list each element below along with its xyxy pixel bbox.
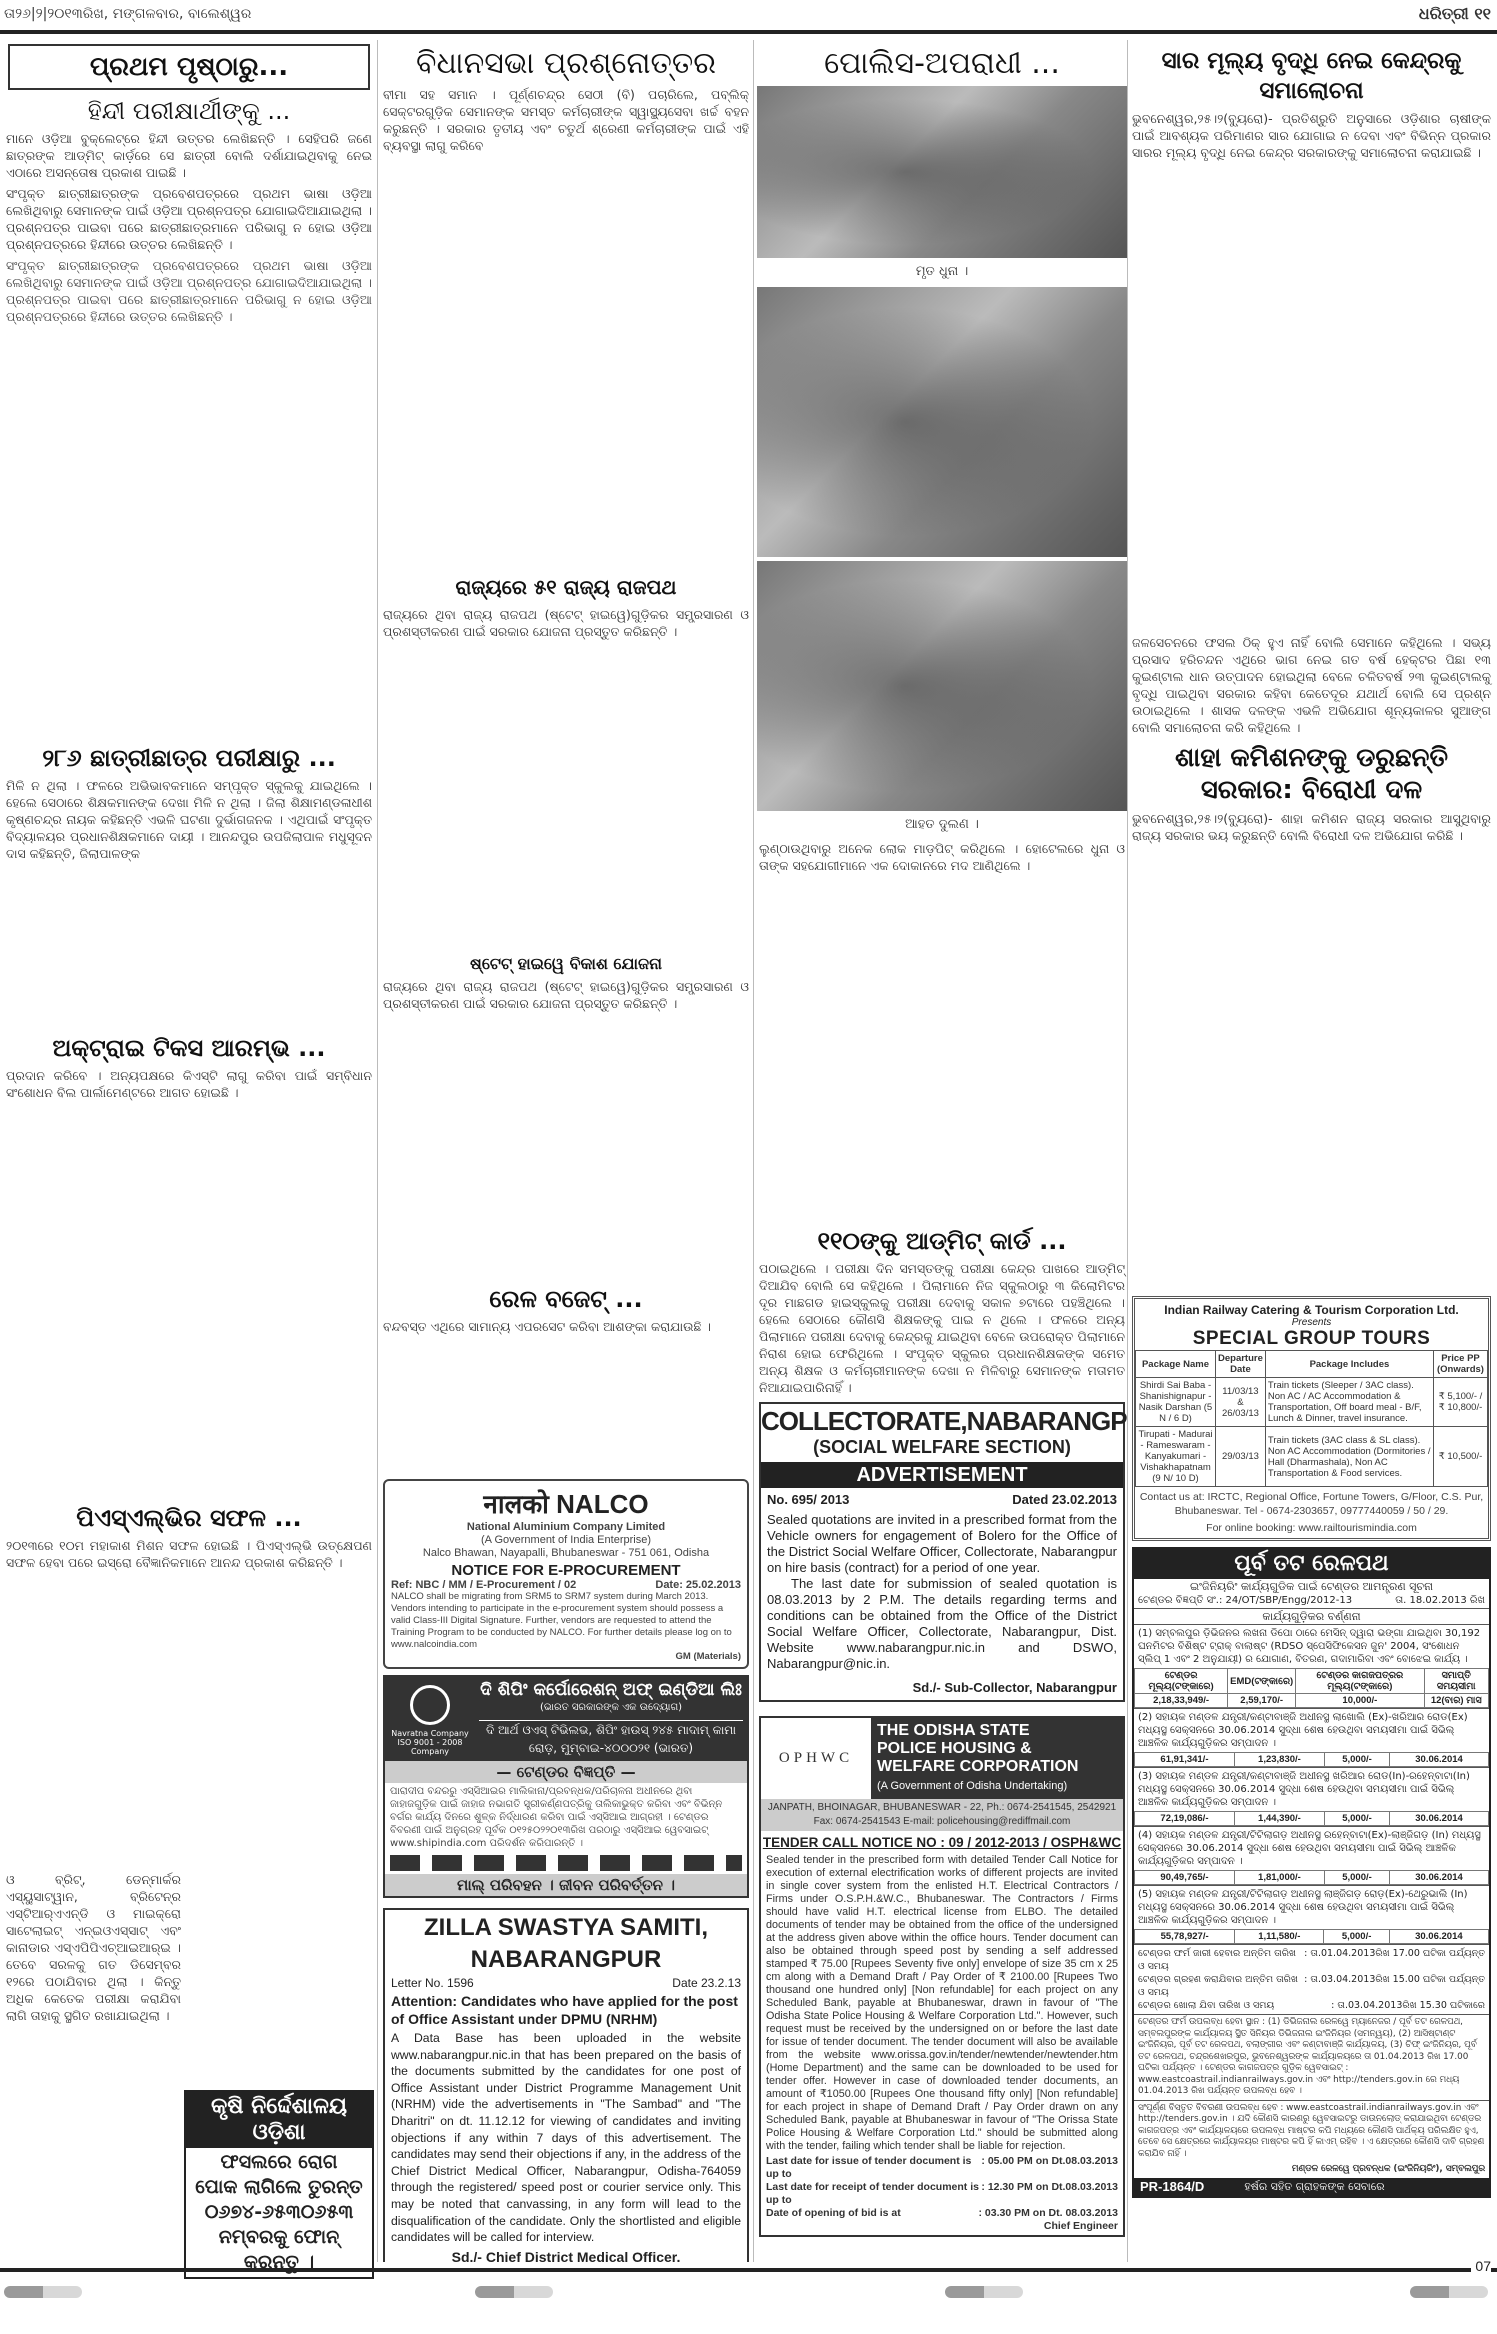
column-header: ସମାପ୍ତି ସମୟସୀମା xyxy=(1424,1669,1489,1694)
signatory: Sd./- Sub-Collector, Nabarangpur xyxy=(761,1676,1123,1700)
emd: 1,23,830/- xyxy=(1234,1753,1324,1767)
story-rail-budget: ରେଳ ବଜେଟ୍ ... ବନ୍ଦବସ୍ତ ଏଥିରେ ସାମାନ୍ୟ ଏପର… xyxy=(381,1284,751,1473)
sci-tender-ad: Navratna Company ISO 9001 - 2008 Company… xyxy=(383,1675,749,1898)
body-paragraph-tail: ଓ ବ୍ରିଟ୍, ଡେନ୍‌ମାର୍କର ଏସ୍‌ୟୁସାଟ୍‌ୱାନ, ବ୍… xyxy=(6,1871,181,2024)
date-value: : 03.30 PM on Dt. 08.03.2013 xyxy=(979,2207,1118,2220)
krushi-directorate-ad: କୃଷି ନିର୍ଦ୍ଦେଶାଳୟ ଓଡ଼ିଶା ଫସଲରେ ରୋଗ ପୋକ ଲ… xyxy=(184,2090,374,2279)
price: ₹ 10,500/- xyxy=(1434,1427,1488,1487)
table-row: Tirupati - Madurai - Rameswaram - Kanyak… xyxy=(1136,1427,1488,1487)
story-octroi-tax: ଅକ୍‌ଟ୍ରାଇ ଟିକସ ଆରମ୍ଭ ... ପ୍ରଦାନ କରିବେ । … xyxy=(4,1033,374,1497)
work-description: (4) ସହାୟକ ମଣ୍ଡଳ ଯନ୍ତ୍ରୀ/ଟିଟିଲାଗଡ଼ ଅଧୀନସ୍… xyxy=(1134,1826,1489,1870)
ad-section: (SOCIAL WELFARE SECTION) xyxy=(761,1436,1123,1458)
work-cost-table: ଟେଣ୍ଡର ମୂଲ୍ୟ(ଟଙ୍କାରେ) EMD(ଟଙ୍କାରେ) ଟେଣ୍ଡ… xyxy=(1134,1668,1489,1708)
tender-dates: ଟେଣ୍ଡର ଫର୍ମ ଜାରୀ ହେବାର ଅନ୍ତିମ ତାରିଖ ଓ ସମ… xyxy=(1134,1944,1489,2014)
contact-info: Contact us at: IRCTC, Regional Office, F… xyxy=(1135,1487,1488,1521)
advertisement-banner: ADVERTISEMENT xyxy=(761,1462,1123,1488)
body-paragraph: ବୀମା ସହ ସମାନ । ପୂର୍ଣ୍ଣଚନ୍ଦ୍ର ସେଠୀ (ବି) ପ… xyxy=(383,86,749,566)
headline: ଅକ୍‌ଟ୍ରାଇ ଟିକସ ଆରମ୍ଭ ... xyxy=(4,1033,374,1063)
column-header: Package Name xyxy=(1136,1351,1216,1378)
column-1: ପ୍ରଥମ ପୃଷ୍ଠାରୁ... ହିନ୍ଦୀ ପରୀକ୍ଷାର୍ଥୀଙ୍କୁ… xyxy=(4,40,374,2262)
ad-body: A Data Base has been uploaded in the web… xyxy=(385,2028,747,2248)
headline: ରେଳ ବଜେଟ୍ ... xyxy=(381,1284,751,1314)
issue-date: ତା୨୬|୨|୨୦୧୩ରିଖ, ମଙ୍ଗଳବାର, ବାଲେଶ୍ୱର xyxy=(4,6,251,22)
date-label: ଟେଣ୍ଡର ଖୋଲା ଯିବା ତାରିଖ ଓ ସମୟ xyxy=(1138,1999,1331,2012)
company-type: (ଭାରତ ସରକାରଙ୍କ ଏକ ଉଦ୍ୟୋଗ) xyxy=(479,1699,743,1717)
table-row: 61,91,341/- 1,23,830/- 5,000/- 30.06.201… xyxy=(1135,1753,1489,1767)
column-divider xyxy=(377,40,378,2262)
price: ₹ 5,100/- / ₹ 10,800/- xyxy=(1434,1378,1488,1427)
works-heading: କାର୍ଯ୍ୟଗୁଡ଼ିକର ବର୍ଣ୍ଣନା xyxy=(1134,1609,1489,1624)
org-name: WELFARE CORPORATION xyxy=(877,1758,1078,1776)
org-type: (A Government of Odisha Undertaking) xyxy=(877,1780,1067,1792)
completion-period: 30.06.2014 xyxy=(1389,1930,1488,1944)
ad-line: ପୋକ ଲାଗିଲେ ତୁରନ୍ତ xyxy=(188,2175,370,2200)
nalco-logo: नालको NALCO xyxy=(391,1485,741,1521)
color-registration-mark xyxy=(945,2286,1023,2298)
date-value: : ତା.01.04.2013ରିଖ 17.00 ଘଟିକା ପର୍ଯ୍ୟନ୍ତ xyxy=(1304,1947,1485,1973)
tender-dates: Last date for issue of tender document i… xyxy=(761,2153,1123,2235)
date-label: ଟେଣ୍ଡର ଗ୍ରହଣ କରାଯିବାର ଅନ୍ତିମ ତାରିଖ ଓ ସମୟ xyxy=(1138,1973,1304,1999)
photo-caption: ମୃତ ଧୁନା । xyxy=(757,264,1127,279)
table-row: 90,49,765/- 1,81,000/- 5,000/- 30.06.201… xyxy=(1135,1871,1489,1885)
ad-title: SPECIAL GROUP TOURS xyxy=(1135,1328,1488,1350)
column-divider xyxy=(753,40,754,2262)
headline: ହିନ୍ଦୀ ପରୀକ୍ଷାର୍ଥୀଙ୍କୁ ... xyxy=(4,96,374,126)
emblem-icon xyxy=(410,1685,450,1725)
work-cost-table: 55,78,927/- 1,11,580/- 5,000/- 30.06.201… xyxy=(1134,1929,1489,1944)
date-value: : 05.00 PM on Dt.08.03.2013 xyxy=(981,2155,1118,2181)
table-row: 55,78,927/- 1,11,580/- 5,000/- 30.06.201… xyxy=(1135,1930,1489,1944)
slogan: ହର୍ଷର ସହିତ ଗ୍ରାହକଙ୍କ ସେବାରେ xyxy=(1244,2178,1384,2196)
date-value: : 12.30 PM on Dt.08.03.2013 xyxy=(981,2181,1118,2207)
story-hindi-examinees: ହିନ୍ଦୀ ପରୀକ୍ଷାର୍ଥୀଙ୍କୁ ... ମାନେ ଓଡ଼ିଆ ବୁ… xyxy=(4,96,374,737)
date-value: : ତା.03.04.2013ରିଖ 15.00 ଘଟିକା ପର୍ଯ୍ୟନ୍ତ xyxy=(1304,1973,1485,1999)
photo-deceased xyxy=(757,86,1127,258)
body-paragraph: ରାଜ୍ୟରେ ଥିବା ରାଜ୍ୟ ରାଜପଥ (ଷ୍ଟେଟ୍ ହାଇୱେ)ଗ… xyxy=(383,978,749,1278)
story-shah-commission: ଶାହା କମିଶନଙ୍କୁ ଡରୁଛନ୍ତି ସରକାର: ବିରୋଧୀ ଦଳ… xyxy=(1130,742,1493,1290)
headline: ୧୧୦ଙ୍କୁ ଆଡ୍‌ମିଟ୍ କାର୍ଡ ... xyxy=(757,1226,1127,1256)
color-registration-mark xyxy=(475,2286,553,2298)
notice-number: ଟେଣ୍ଡର ବିଜ୍ଞପ୍ତି ସଂ.: 24/OT/SBP/Engg/201… xyxy=(1138,1594,1352,1608)
org-contact: Fax: 0674-2541543 E-mail: policehousing@… xyxy=(763,1815,1121,1829)
tender-body: Sealed tender in the prescribed form wit… xyxy=(761,1854,1123,2153)
body-paragraph: ୨୦୧୩ରେ ୧୦ମ ମହାକାଶ ମିଶନ ସଫଳ ହୋଇଛି । ପିଏସ୍… xyxy=(6,1537,372,1867)
document-cost: 5,000/- xyxy=(1324,1753,1389,1767)
document-cost: 5,000/- xyxy=(1324,1871,1389,1885)
work-description: (3) ସହାୟକ ମଣ୍ଡଳ ଯନ୍ତ୍ରୀ/କଣ୍ଟାବାଞ୍ଜି ଅଧୀନ… xyxy=(1134,1767,1489,1811)
emd: 1,81,000/- xyxy=(1234,1871,1324,1885)
signatory: ମଣ୍ଡଳ ରେଳୱେ ପ୍ରବନ୍ଧକ (ଇଂଜିନିୟରିଂ), ସମ୍ବଲ… xyxy=(1134,2162,1489,2178)
body-paragraph: ବନ୍ଦବସ୍ତ ଏଥିରେ ସାମାନ୍ୟ ଏପରସେଟ କରିବା ଆଶଙ୍… xyxy=(383,1318,749,1473)
story-fertilizer-price: ସାର ମୂଲ୍ୟ ବୃଦ୍ଧି ନେଇ କେନ୍ଦ୍ରକୁ ସମାଲୋଚନା … xyxy=(1130,46,1493,736)
completion-period: 12(ବାର) ମାସ xyxy=(1424,1694,1489,1708)
package-name: Shirdi Sai Baba - Shanishignapur - Nasik… xyxy=(1136,1378,1216,1427)
collectorate-nabarangpur-ad: COLLECTORATE,NABARANGPUR (SOCIAL WELFARE… xyxy=(759,1402,1125,1702)
work-description: (5) ସହାୟକ ମଣ୍ଡଳ ଯନ୍ତ୍ରୀ/ଟିଟିଲାଗଡ଼ ଅଧୀନସ୍… xyxy=(1134,1885,1489,1929)
headline: ପିଏସ୍‌ଏଲ୍‌ଭିର ସଫଳ ... xyxy=(4,1503,374,1533)
ad-subtitle: ଇଂଜିନିୟରିଂ କାର୍ଯ୍ୟଗୁଡିକ ପାଇଁ ଟେଣ୍ଡର ଆମନ୍… xyxy=(1134,1579,1489,1594)
departure-date: 11/03/13 & 26/03/13 xyxy=(1216,1378,1266,1427)
work-description: (1) ସମ୍ବଲପୁର ଡ଼ିଭିଜନର ଲଖନା ଡିପୋ ଠାରେ ମେସ… xyxy=(1134,1624,1489,1668)
details-note: ସଂପୂର୍ଣ୍ଣ ବିସ୍ତୃତ ବିବରଣୀ ଉପଲବ୍ଧ ହେବ : ww… xyxy=(1134,2100,1489,2163)
tender-value: 90,49,765/- xyxy=(1135,1871,1235,1885)
sci-logo: Navratna Company ISO 9001 - 2008 Company xyxy=(385,1677,475,1761)
letter-date: Date 23.2.13 xyxy=(672,1976,741,1990)
table-row: Shirdi Sai Baba - Shanishignapur - Nasik… xyxy=(1136,1378,1488,1427)
org-name: POLICE HOUSING & xyxy=(877,1740,1078,1758)
story-assembly-qa: ବିଧାନସଭା ପ୍ରଶ୍ନୋତ୍ତର ବୀମା ସହ ସମାନ । ପୂର୍… xyxy=(381,46,751,566)
package-includes: Train tickets (3AC class & SL class). No… xyxy=(1265,1427,1433,1487)
from-front-page-heading: ପ୍ରଥମ ପୃଷ୍ଠାରୁ... xyxy=(8,44,370,90)
body-paragraph: ସଂପୃକ୍ତ ଛାତ୍ରୀଛାତ୍ରଙ୍କ ପ୍ରବେଶପତ୍ରରେ ପ୍ରଥ… xyxy=(6,185,372,253)
package-name: Tirupati - Madurai - Rameswaram - Kanyak… xyxy=(1136,1427,1216,1487)
notice-date: Date: 25.02.2013 xyxy=(655,1579,741,1591)
ad-title: ପୂର୍ବ ତଟ ରେଳପଥ xyxy=(1134,1549,1489,1579)
color-registration-mark xyxy=(1410,2286,1488,2298)
completion-period: 30.06.2014 xyxy=(1390,1753,1489,1767)
body-paragraph: ଲୁଣ୍ଠାଉଥିବାରୁ ଅନେକ ଲୋକ ମାଡ଼ପିଟ୍ କରିଥିଲେ … xyxy=(759,840,1125,1220)
table-row: 72,19,086/- 1,44,390/- 5,000/- 30.06.201… xyxy=(1135,1812,1489,1826)
work-cost-table: 90,49,765/- 1,81,000/- 5,000/- 30.06.201… xyxy=(1134,1870,1489,1885)
company-name: ଦି ଶିପିଂ କର୍ପୋରେଶନ୍ ଅଫ୍ ଇଣ୍ଡିଆ ଲିଃ xyxy=(479,1681,743,1699)
masthead-rule xyxy=(0,30,1497,34)
attention-heading: Attention: Candidates who have applied f… xyxy=(385,1992,747,2028)
company-address: Nalco Bhawan, Nayapalli, Bhubaneswar - 7… xyxy=(391,1547,741,1560)
column-4: ସାର ମୂଲ୍ୟ ବୃଦ୍ଧି ନେଇ କେନ୍ଦ୍ରକୁ ସମାଲୋଚନା … xyxy=(1130,40,1493,2262)
date-label: Date of opening of bid is at xyxy=(766,2207,979,2220)
headline: ୨୮୬ ଛାତ୍ରୀଛାତ୍ର ପରୀକ୍ଷାରୁ ... xyxy=(4,743,374,773)
nalco-ad: नालको NALCO National Aluminium Company L… xyxy=(383,1479,749,1669)
document-cost: 5,000/- xyxy=(1324,1930,1389,1944)
tender-number: TENDER CALL NOTICE NO : 09 / 2012-2013 /… xyxy=(761,1835,1123,1850)
date-label: ଟେଣ୍ଡର ଫର୍ମ ଜାରୀ ହେବାର ଅନ୍ତିମ ତାରିଖ ଓ ସମ… xyxy=(1138,1947,1304,1973)
column-header: Price PP (Onwards) xyxy=(1434,1351,1488,1378)
photo-caption: ଆହତ ଦୁଲଣ । xyxy=(757,817,1127,832)
subheading: ଷ୍ଟେଟ୍ ହାଇୱେ ବିକାଶ ଯୋଜନା xyxy=(381,954,751,974)
column-header: Departure Date xyxy=(1216,1351,1266,1378)
body-paragraph: ଭୁବନେଶ୍ୱର,୨୫।୨(ବ୍ୟୁରୋ)- ଶାହା କମିଶନ ରାଜ୍ୟ… xyxy=(1132,810,1491,1290)
footer-rule xyxy=(0,2268,1497,2272)
tender-value: 72,19,086/- xyxy=(1135,1812,1235,1826)
notice-number: No. 695/ 2013 xyxy=(767,1492,849,1508)
availability-note: ଟେଣ୍ଡର ଫର୍ମ ଉପଲବ୍ଧ ହେବା ସ୍ଥାନ : (1) ଡିଭି… xyxy=(1134,2014,1489,2100)
ad-body: Sealed quotations are invited in a presc… xyxy=(761,1508,1123,1576)
zilla-swastya-samiti-ad: ZILLA SWASTYA SAMITI, NABARANGPUR Letter… xyxy=(383,1908,749,2262)
page-number: 07 xyxy=(1471,2258,1491,2274)
notice-date: ତା. 18.02.2013 ରିଖ xyxy=(1395,1594,1485,1608)
completion-period: 30.06.2014 xyxy=(1390,1871,1489,1885)
headline: ଶାହା କମିଶନଙ୍କୁ ଡରୁଛନ୍ତି ସରକାର: ବିରୋଧୀ ଦଳ xyxy=(1130,742,1493,806)
date-value: : ତା.03.04.2013ରିଖ 15.30 ଘଟିକାରେ xyxy=(1331,1999,1485,2012)
org-address: JANPATH, BHOINAGAR, BHUBANESWAR - 22, Ph… xyxy=(763,1801,1121,1815)
body-text: ସଂପୃକ୍ତ ଛାତ୍ରୀଛାତ୍ରଙ୍କ ପ୍ରବେଶପତ୍ରରେ ପ୍ରଥ… xyxy=(6,257,372,737)
date-label: Last date for receipt of tender document… xyxy=(766,2181,981,2207)
color-registration-mark xyxy=(4,2286,82,2298)
headline: ବିଧାନସଭା ପ୍ରଶ୍ନୋତ୍ତର xyxy=(381,46,751,82)
headline: ରାଜ୍ୟରେ ୫୧ ରାଜ୍ୟ ରାଜପଥ xyxy=(381,572,751,602)
ships-illustration xyxy=(390,1855,742,1871)
column-header: EMD(ଟଙ୍କାରେ) xyxy=(1228,1669,1296,1694)
east-coast-railway-tender-ad: ପୂର୍ବ ତଟ ରେଳପଥ ଇଂଜିନିୟରିଂ କାର୍ଯ୍ୟଗୁଡିକ ପ… xyxy=(1132,1547,1491,2198)
body-paragraph: ରାଜ୍ୟରେ ଥିବା ରାଜ୍ୟ ରାଜପଥ (ଷ୍ଟେଟ୍ ହାଇୱେ)ଗ… xyxy=(383,606,749,946)
column-2: ବିଧାନସଭା ପ୍ରଶ୍ନୋତ୍ତର ବୀମା ସହ ସମାନ । ପୂର୍… xyxy=(381,40,751,2262)
document-cost: 5,000/- xyxy=(1324,1812,1389,1826)
tour-packages-table: Package Name Departure Date Package Incl… xyxy=(1135,1350,1488,1487)
masthead: ତା୨୬|୨|୨୦୧୩ରିଖ, ମଙ୍ଗଳବାର, ବାଲେଶ୍ୱର ଧରିତ୍… xyxy=(0,0,1497,36)
photo-injured xyxy=(757,561,1127,811)
irctc-tours-ad: Indian Railway Catering & Tourism Corpor… xyxy=(1132,1296,1491,1541)
body-paragraph: ପଠାଇଥିଲେ । ପରୀକ୍ଷା ଦିନ ସମସ୍ତଙ୍କୁ ପରୀକ୍ଷା… xyxy=(759,1260,1125,1396)
emd: 1,11,580/- xyxy=(1235,1930,1324,1944)
body-paragraph: ମିଳି ନ ଥିଲା । ଫଳରେ ଅଭିଭାବକମାନେ ସମ୍ପୃକ୍ତ … xyxy=(6,777,372,1027)
package-includes: Train tickets (Sleeper / 3AC class). Non… xyxy=(1265,1378,1433,1427)
column-header: ଟେଣ୍ଡର କାଗଜପତ୍ରର ମୂଲ୍ୟ(ଟଙ୍କାରେ) xyxy=(1296,1669,1424,1694)
work-cost-table: 61,91,341/- 1,23,830/- 5,000/- 30.06.201… xyxy=(1134,1752,1489,1767)
story-state-highways: ରାଜ୍ୟରେ ୫୧ ରାଜ୍ୟ ରାଜପଥ ରାଜ୍ୟରେ ଥିବା ରାଜ୍… xyxy=(381,572,751,1278)
booking-website: For online booking: www.railtourismindia… xyxy=(1135,1521,1488,1538)
headline: ସାର ମୂଲ୍ୟ ବୃଦ୍ଧି ନେଇ କେନ୍ଦ୍ରକୁ ସମାଲୋଚନା xyxy=(1130,46,1493,106)
ad-line: ଫସଲରେ ରୋଗ xyxy=(188,2150,370,2175)
ad-title: NABARANGPUR xyxy=(385,1942,747,1974)
company-type: (A Government of India Enterprise) xyxy=(391,1534,741,1547)
ad-title: କୃଷି ନିର୍ଦ୍ଦେଶାଳୟ ଓଡ଼ିଶା xyxy=(186,2092,372,2148)
signatory: Sd./- Chief District Medical Officer, xyxy=(385,2248,747,2262)
lead-paragraph: ମାନେ ଓଡ଼ିଆ ବୁକ୍‌ଲେଟ୍‌ରେ ହିନ୍ଦୀ ଉତ୍ତର ଲେଖ… xyxy=(6,130,372,181)
signatory: GM (Materials) xyxy=(391,1651,741,1663)
ad-title: ZILLA SWASTYA SAMITI, xyxy=(385,1910,747,1942)
story-pslv-success: ପିଏସ୍‌ଏଲ୍‌ଭିର ସଫଳ ... ୨୦୧୩ରେ ୧୦ମ ମହାକାଶ … xyxy=(4,1503,374,2024)
emd: 2,59,170/- xyxy=(1228,1694,1296,1708)
headline: ପୋଲିସ-ଅପରାଧୀ ... xyxy=(757,46,1127,82)
tender-value: 2,18,33,949/- xyxy=(1135,1694,1228,1708)
org-name: THE ODISHA STATE xyxy=(877,1722,1078,1740)
document-cost: 10,000/- xyxy=(1296,1694,1424,1708)
column-3: ପୋଲିସ-ଅପରାଧୀ ... ମୃତ ଧୁନା । ଆହତ ଦୁଲଣ । ଲ… xyxy=(757,40,1127,2262)
tagline: ମାଲ୍ ପରିବହନ । ଜୀବନ ପରିବର୍ତ୍ତନ । xyxy=(385,1874,747,1896)
departure-date: 29/03/13 xyxy=(1216,1427,1266,1487)
story-admit-card: ୧୧୦ଙ୍କୁ ଆଡ୍‌ମିଟ୍ କାର୍ଡ ... ପଠାଇଥିଲେ । ପର… xyxy=(757,1226,1127,1396)
newspaper-page-label: ଧରିତ୍ରୀ ୧୧ xyxy=(1419,4,1491,24)
body-paragraph: ପ୍ରଦାନ କରିବେ । ଅନ୍ୟପକ୍ଷରେ କିଏସ୍‌ଟି ଲାଗୁ … xyxy=(6,1067,372,1497)
tender-value: 61,91,341/- xyxy=(1135,1753,1235,1767)
reference-number: Ref: NBC / MM / E-Procurement / 02 xyxy=(391,1579,576,1591)
date-label: Last date for issue of tender document i… xyxy=(766,2155,981,2181)
company-name: National Aluminium Company Limited xyxy=(391,1521,741,1534)
column-divider xyxy=(1127,40,1128,2262)
emd: 1,44,390/- xyxy=(1234,1812,1324,1826)
tender-value: 55,78,927/- xyxy=(1135,1930,1235,1944)
completion-period: 30.06.2014 xyxy=(1390,1812,1489,1826)
story-286-students: ୨୮୬ ଛାତ୍ରୀଛାତ୍ର ପରୀକ୍ଷାରୁ ... ମିଳି ନ ଥିଲ… xyxy=(4,743,374,1027)
photo-police-group xyxy=(757,287,1127,557)
company-address: ଦି ଆର୍ଥ ଓଏସ୍ ଟିଭିଲଭ, ଶିପିଂ ହାଉସ୍ ୨୪୫ ମାଦ… xyxy=(479,1720,743,1757)
notice-body: NALCO shall be migrating from SRM5 to SR… xyxy=(391,1591,741,1651)
presents-label: Presents xyxy=(1135,1317,1488,1328)
work-cost-table: 72,19,086/- 1,44,390/- 5,000/- 30.06.201… xyxy=(1134,1811,1489,1826)
ad-title: COLLECTORATE,NABARANGPUR xyxy=(761,1404,1123,1436)
notice-date: Dated 23.02.2013 xyxy=(1012,1492,1117,1508)
tender-heading: — ଟେଣ୍ଡର ବିଜ୍ଞପ୍ତି — xyxy=(385,1761,747,1783)
helpline-number: ୦୬୭୪-୬୫୩୦୬୫୩ xyxy=(188,2200,370,2225)
ad-body: The last date for submission of sealed q… xyxy=(761,1576,1123,1676)
company-name: Indian Railway Catering & Tourism Corpor… xyxy=(1135,1299,1488,1317)
tender-body: ପାରାଦୀପ ବନ୍ଦରରୁ ଏସ୍‌ସିଆଇର ମାଲିକାନା/ପ୍ରବନ… xyxy=(385,1783,747,1852)
story-police-criminal: ପୋଲିସ-ଅପରାଧୀ ... ମୃତ ଧୁନା । ଆହତ ଦୁଲଣ । ଲ… xyxy=(757,46,1127,1220)
column-header: ଟେଣ୍ଡର ମୂଲ୍ୟ(ଟଙ୍କାରେ) xyxy=(1135,1669,1228,1694)
letter-number: Letter No. 1596 xyxy=(391,1976,474,1990)
body-paragraph: ଭୁବନେଶ୍ୱର,୨୫।୨(ବ୍ୟୁରୋ)- ପ୍ରତିଶ୍ରୁତି ଅନୁସ… xyxy=(1132,110,1491,630)
ophwc-logo: OPHWC xyxy=(761,1718,871,1799)
table-row: 2,18,33,949/- 2,59,170/- 10,000/- 12(ବାର… xyxy=(1135,1694,1489,1708)
logo-caption: Navratna Company ISO 9001 - 2008 Company xyxy=(391,1729,469,1756)
column-header: Package Includes xyxy=(1265,1351,1433,1378)
work-description: (2) ସହାୟକ ମଣ୍ଡଳ ଯନ୍ତ୍ରୀ/କଣ୍ଟାବାଞ୍ଜି ଅଧୀନ… xyxy=(1134,1708,1489,1752)
ophwc-tender-ad: OPHWC THE ODISHA STATE POLICE HOUSING & … xyxy=(759,1716,1125,2237)
signatory: Chief Engineer xyxy=(766,2220,1118,2233)
pr-number: PR-1864/D xyxy=(1140,2178,1204,2196)
body-paragraph-tail: ଜଳସେଚନରେ ଫସଲ ଠିକ୍ ହୁଏ ନାହିଁ ବୋଲି ସେମାନେ … xyxy=(1132,634,1491,736)
notice-heading: NOTICE FOR E-PROCUREMENT xyxy=(391,1562,741,1579)
